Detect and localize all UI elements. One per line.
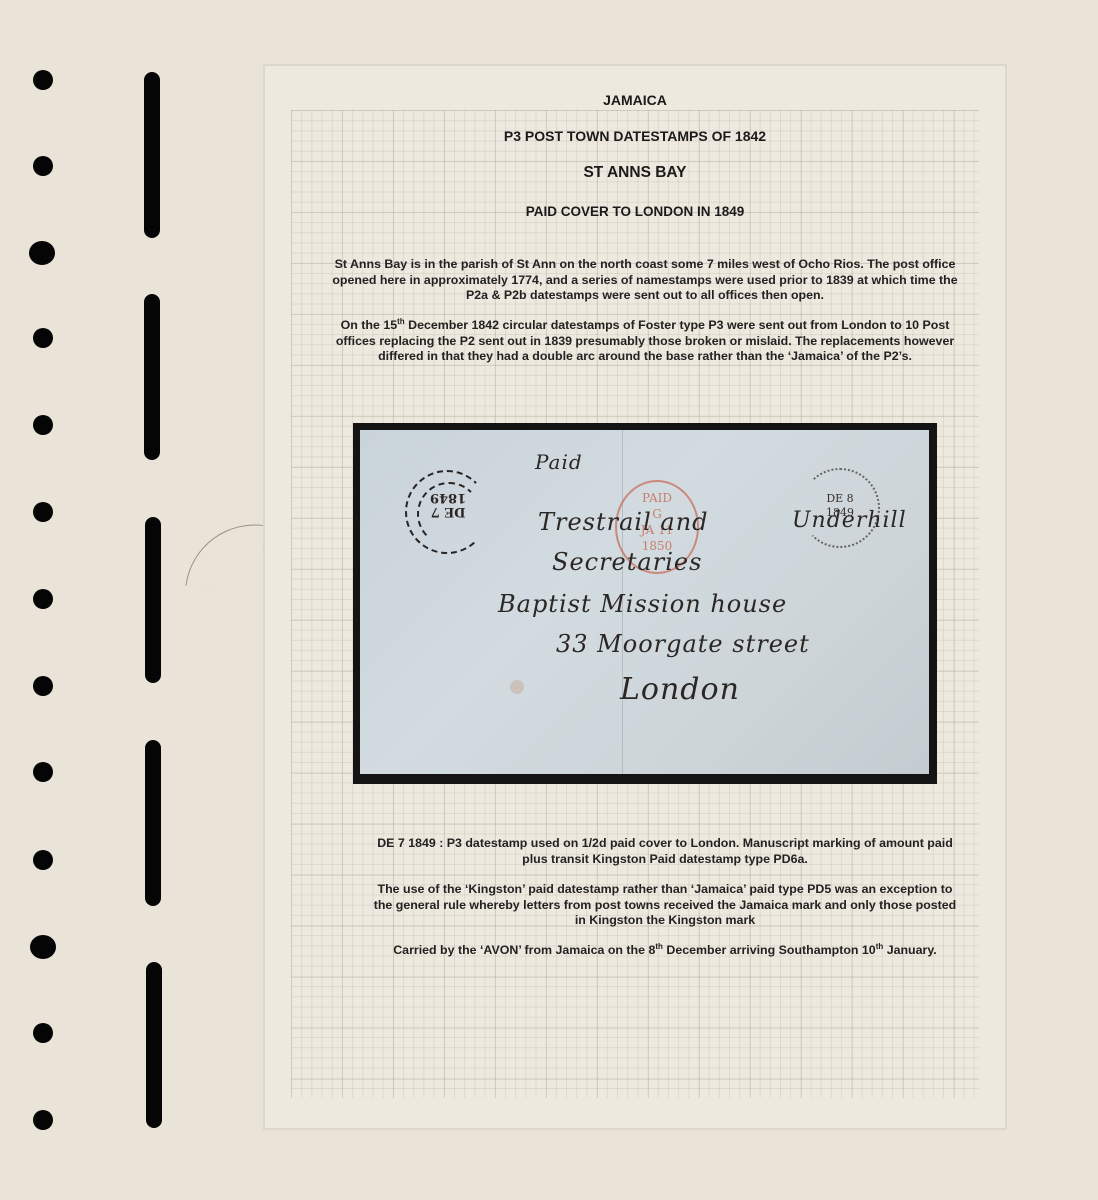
- intro-paragraph-2: On the 15th December 1842 circular dates…: [330, 318, 960, 365]
- caption-carriage-note: Carried by the ‘AVON’ from Jamaica on th…: [360, 943, 970, 959]
- binder-hole: [33, 1023, 53, 1043]
- page-subheading: P3 POST TOWN DATESTAMPS OF 1842: [263, 128, 1007, 144]
- manuscript-paid: Paid: [535, 450, 583, 474]
- caption-description: DE 7 1849 : P3 datestamp used on 1/2d pa…: [370, 836, 960, 867]
- address-line-2: Secretaries: [552, 548, 702, 576]
- address-line-1: Trestrail and: [538, 508, 709, 536]
- address-line-3: Baptist Mission house: [498, 590, 787, 618]
- binder-slot: [144, 72, 160, 238]
- paragraph-text: December 1842 circular datestamps of Fos…: [336, 318, 954, 363]
- binder-hole: [30, 935, 56, 959]
- intro-paragraph-1: St Anns Bay is in the parish of St Ann o…: [330, 257, 960, 304]
- page-heading: JAMAICA: [263, 92, 1007, 108]
- binder-slot: [146, 962, 162, 1128]
- cover-mount: DE 7 1849 PAID G JA 11 1850 DE 8 1849 Pa…: [353, 423, 937, 784]
- paragraph-text: On the 15: [341, 318, 397, 332]
- binder-hole: [33, 589, 53, 609]
- postal-cover: DE 7 1849 PAID G JA 11 1850 DE 8 1849 Pa…: [360, 430, 929, 774]
- town-title: ST ANNS BAY: [263, 164, 1007, 182]
- binder-slot: [144, 294, 160, 460]
- caption-text: December arriving Southampton 10: [663, 943, 876, 957]
- binder-hole: [33, 156, 53, 176]
- binder-hole: [33, 676, 53, 696]
- binder-hole: [33, 762, 53, 782]
- binder-slot: [145, 740, 161, 906]
- caption-text: January.: [883, 943, 937, 957]
- cover-stain: [510, 680, 524, 694]
- address-line-5: London: [620, 672, 740, 707]
- item-title: PAID COVER TO LONDON IN 1849: [263, 204, 1007, 219]
- stray-hair: [185, 515, 265, 595]
- binder-hole: [33, 850, 53, 870]
- ordinal-suffix: th: [655, 942, 663, 951]
- binder-hole: [33, 502, 53, 522]
- ordinal-suffix: th: [397, 317, 405, 326]
- binder-hole: [33, 70, 53, 90]
- binder-hole: [33, 415, 53, 435]
- binder-hole: [29, 241, 55, 265]
- binder-slot: [145, 517, 161, 683]
- address-line-4: 33 Moorgate street: [556, 630, 810, 658]
- binder-hole: [33, 1110, 53, 1130]
- address-line-1b: Underhill: [792, 508, 907, 533]
- caption-text: Carried by the ‘AVON’ from Jamaica on th…: [393, 943, 655, 957]
- caption-exception-note: The use of the ‘Kingston’ paid datestamp…: [370, 882, 960, 929]
- st-anns-bay-datestamp-date: DE 7 1849: [430, 490, 466, 518]
- binder-hole: [33, 328, 53, 348]
